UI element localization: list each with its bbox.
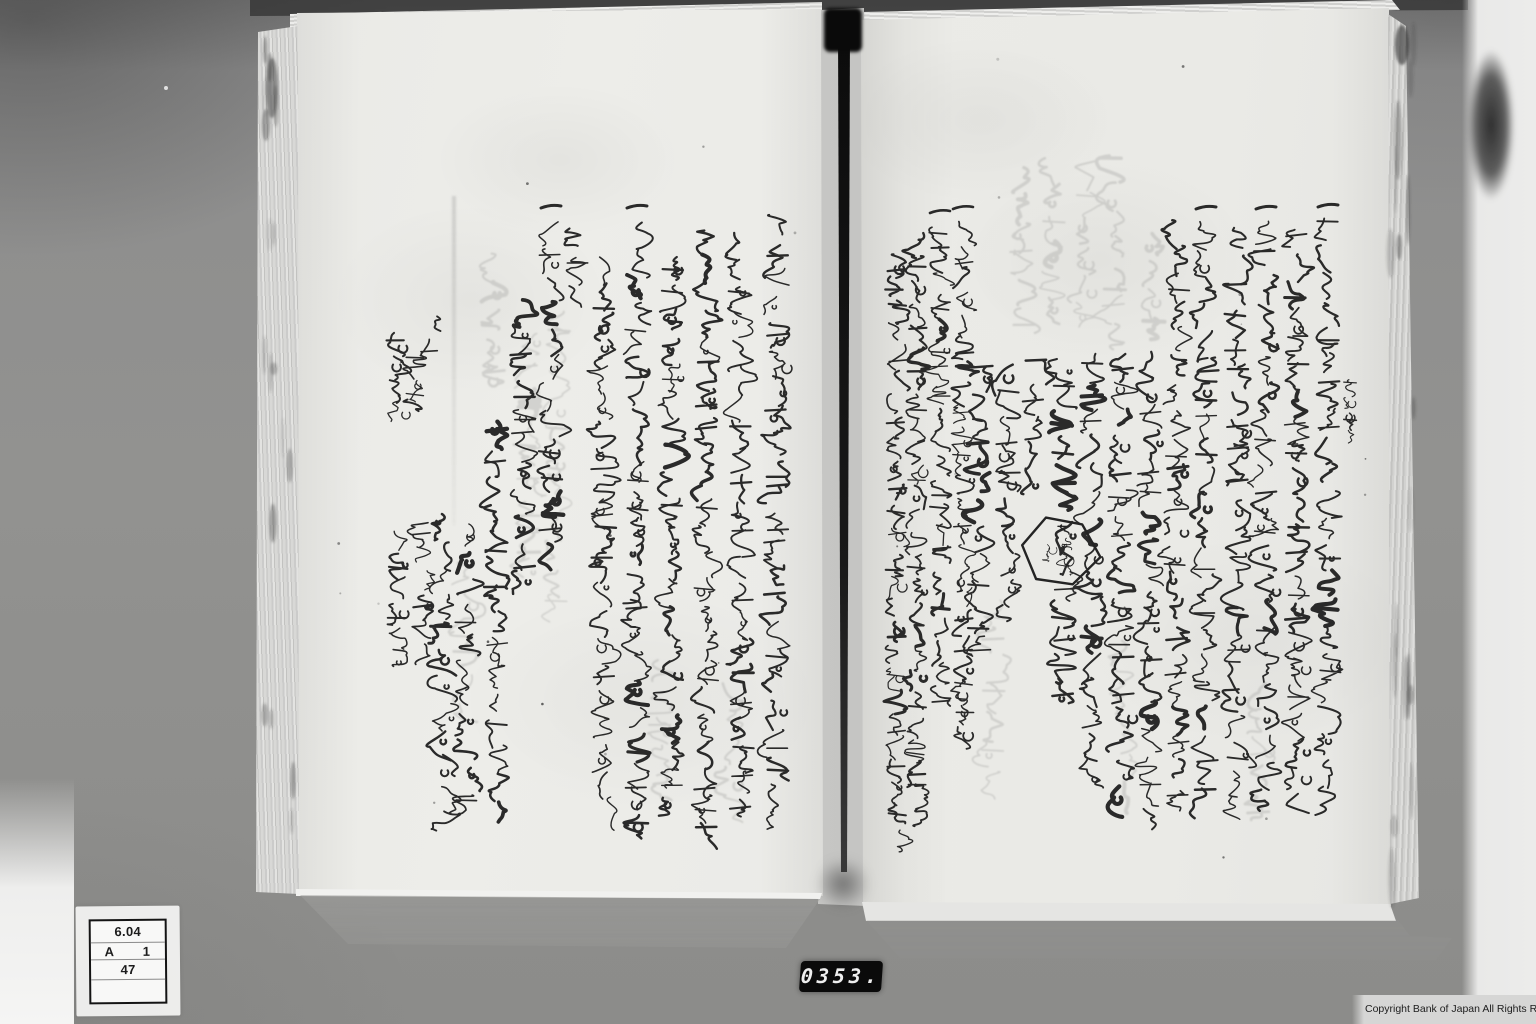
text-column — [1042, 545, 1057, 562]
text-column — [1074, 354, 1107, 788]
manuscript-ink — [0, 0, 1536, 1024]
text-column — [925, 210, 954, 706]
right-page-text — [884, 204, 1356, 851]
text-column — [427, 514, 461, 831]
text-column — [480, 422, 509, 822]
text-column — [1344, 380, 1357, 443]
label-row-empty — [91, 979, 165, 1003]
text-column — [1142, 234, 1165, 340]
text-column — [992, 365, 1021, 622]
text-column — [1039, 158, 1065, 324]
text-column — [1134, 352, 1164, 830]
label-call-number: 6.04 — [91, 924, 165, 940]
text-column — [537, 205, 572, 569]
label-series-letter: A — [91, 944, 128, 959]
text-column — [1068, 161, 1105, 327]
text-column — [691, 231, 722, 849]
text-column — [951, 206, 979, 748]
text-column — [510, 334, 546, 578]
text-column — [1109, 641, 1138, 813]
text-column — [453, 524, 484, 815]
label-volume-number: 47 — [91, 962, 165, 978]
text-column — [621, 205, 653, 838]
label-row-volume: 47 — [91, 959, 165, 980]
text-column — [1158, 220, 1192, 810]
text-column — [388, 531, 409, 666]
text-column — [724, 233, 758, 817]
text-column — [403, 356, 426, 412]
text-column — [1093, 156, 1125, 349]
text-column — [565, 229, 588, 308]
text-column — [1190, 206, 1222, 818]
frame-counter: 0353. — [799, 961, 883, 992]
label-row-series: A 1 — [91, 942, 165, 960]
text-column — [421, 316, 441, 355]
text-column — [758, 215, 792, 829]
label-empty-cell — [91, 991, 165, 992]
text-column — [387, 333, 412, 422]
paper-specks — [164, 58, 1366, 859]
archival-label: 6.04 A 1 47 — [76, 906, 181, 1017]
text-column — [903, 233, 930, 826]
manuscript-photograph: 6.04 A 1 47 0353. Copyright Bank of Japa… — [0, 0, 1536, 1024]
text-column — [1021, 360, 1054, 494]
text-column — [1312, 204, 1343, 815]
label-row-call-number: 6.04 — [91, 921, 165, 943]
label-series-number: 1 — [128, 943, 165, 958]
text-column — [1282, 230, 1314, 813]
archival-label-box: 6.04 A 1 47 — [89, 919, 168, 1005]
text-column — [1010, 168, 1040, 333]
page-edge-smudges — [261, 22, 1416, 907]
text-column — [1248, 206, 1282, 810]
text-column — [587, 257, 621, 830]
text-column — [480, 254, 507, 387]
copyright-notice: Copyright Bank of Japan All Rights Reser… — [1352, 995, 1536, 1024]
